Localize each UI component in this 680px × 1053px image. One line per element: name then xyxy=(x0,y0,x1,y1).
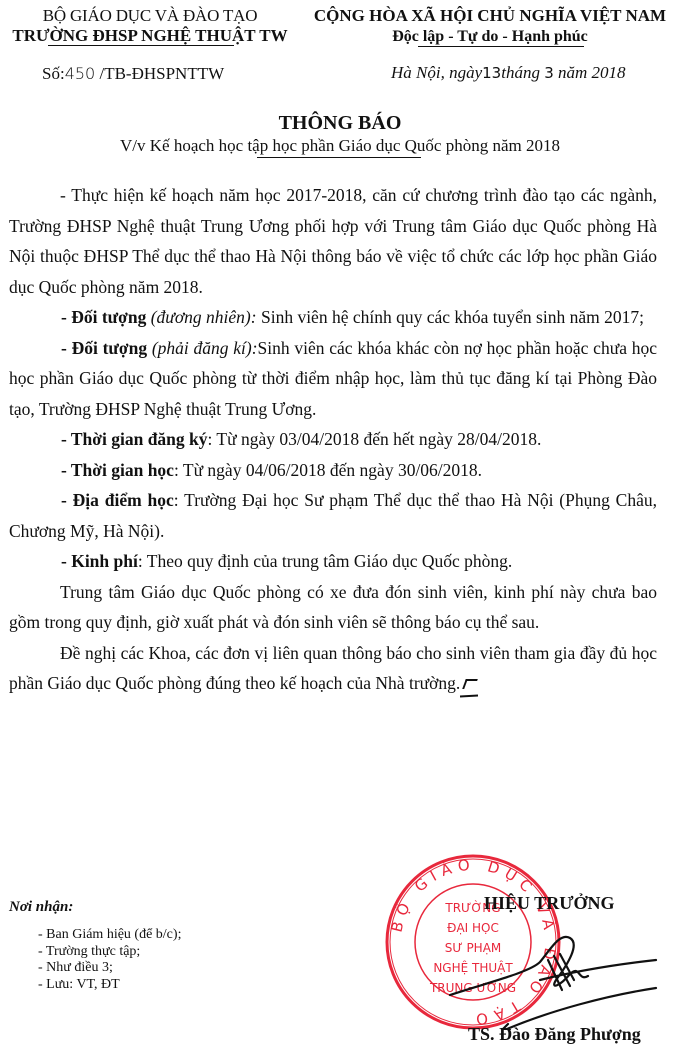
document-title: THÔNG BÁO xyxy=(0,112,680,135)
school-underline xyxy=(48,45,233,46)
motto: Độc lập - Tự do - Hạnh phúc xyxy=(392,27,588,47)
recipients-list: - Ban Giám hiệu (để b/c); - Trường thực … xyxy=(38,927,181,993)
issuer-block: BỘ GIÁO DỤC VÀ ĐÀO TẠO TRƯỜNG ĐHSP NGHỆ … xyxy=(0,6,300,46)
item-target-registration: - Đối tượng (phải đăng kí):Sinh viên các… xyxy=(9,333,657,425)
item-fee: - Kinh phí: Theo quy định của trung tâm … xyxy=(9,546,657,577)
national-header: CỘNG HÒA XÃ HỘI CHỦ NGHĨA VIỆT NAM Độc l… xyxy=(300,6,680,47)
handwritten-day: 13 xyxy=(482,64,501,82)
school-name: TRƯỜNG ĐHSP NGHỆ THUẬT TW xyxy=(12,26,287,46)
recipients-title: Nơi nhận: xyxy=(9,899,73,916)
handwritten-signature-icon xyxy=(420,920,660,1030)
recipient-item: - Ban Giám hiệu (để b/c); xyxy=(38,927,181,944)
recipient-item: - Như điều 3; xyxy=(38,960,181,977)
item-study-period: - Thời gian học: Từ ngày 04/06/2018 đến … xyxy=(9,455,657,486)
recipient-item: - Lưu: VT, ĐT xyxy=(38,977,181,994)
item-registration-period: - Thời gian đăng ký: Từ ngày 03/04/2018 … xyxy=(9,424,657,455)
document-body: - Thực hiện kế hoạch năm học 2017-2018, … xyxy=(9,180,657,699)
handwritten-number: 450 xyxy=(65,64,96,83)
motto-underline xyxy=(418,46,584,47)
country-name: CỘNG HÒA XÃ HỘI CHỦ NGHĨA VIỆT NAM xyxy=(300,6,680,26)
item-target-automatic: - Đối tượng (đương nhiên): Sinh viên hệ … xyxy=(9,302,657,333)
item-location: - Địa điểm học: Trường Đại học Sư phạm T… xyxy=(9,485,657,546)
signatory-position: HIỆU TRƯỞNG xyxy=(484,893,615,914)
document-subject: V/v Kế hoạch học tập học phần Giáo dục Q… xyxy=(0,136,680,156)
signatory-name: TS. Đào Đăng Phượng xyxy=(468,1024,641,1045)
subject-underline xyxy=(257,157,421,158)
recipient-item: - Trường thực tập; xyxy=(38,944,181,961)
issue-date: Hà Nội, ngày13tháng 3 năm 2018 xyxy=(391,63,626,83)
document-number: Số:450 /TB-ĐHSPNTTW xyxy=(42,64,224,84)
transport-paragraph: Trung tâm Giáo dục Quốc phòng có xe đưa … xyxy=(9,577,657,638)
ministry-name: BỘ GIÁO DỤC VÀ ĐÀO TẠO xyxy=(0,6,300,26)
handwritten-month: 3 xyxy=(544,64,554,82)
intro-paragraph: - Thực hiện kế hoạch năm học 2017-2018, … xyxy=(9,180,657,302)
request-paragraph: Đề nghị các Khoa, các đơn vị liên quan t… xyxy=(9,638,657,699)
handwritten-initial-icon xyxy=(460,677,484,691)
